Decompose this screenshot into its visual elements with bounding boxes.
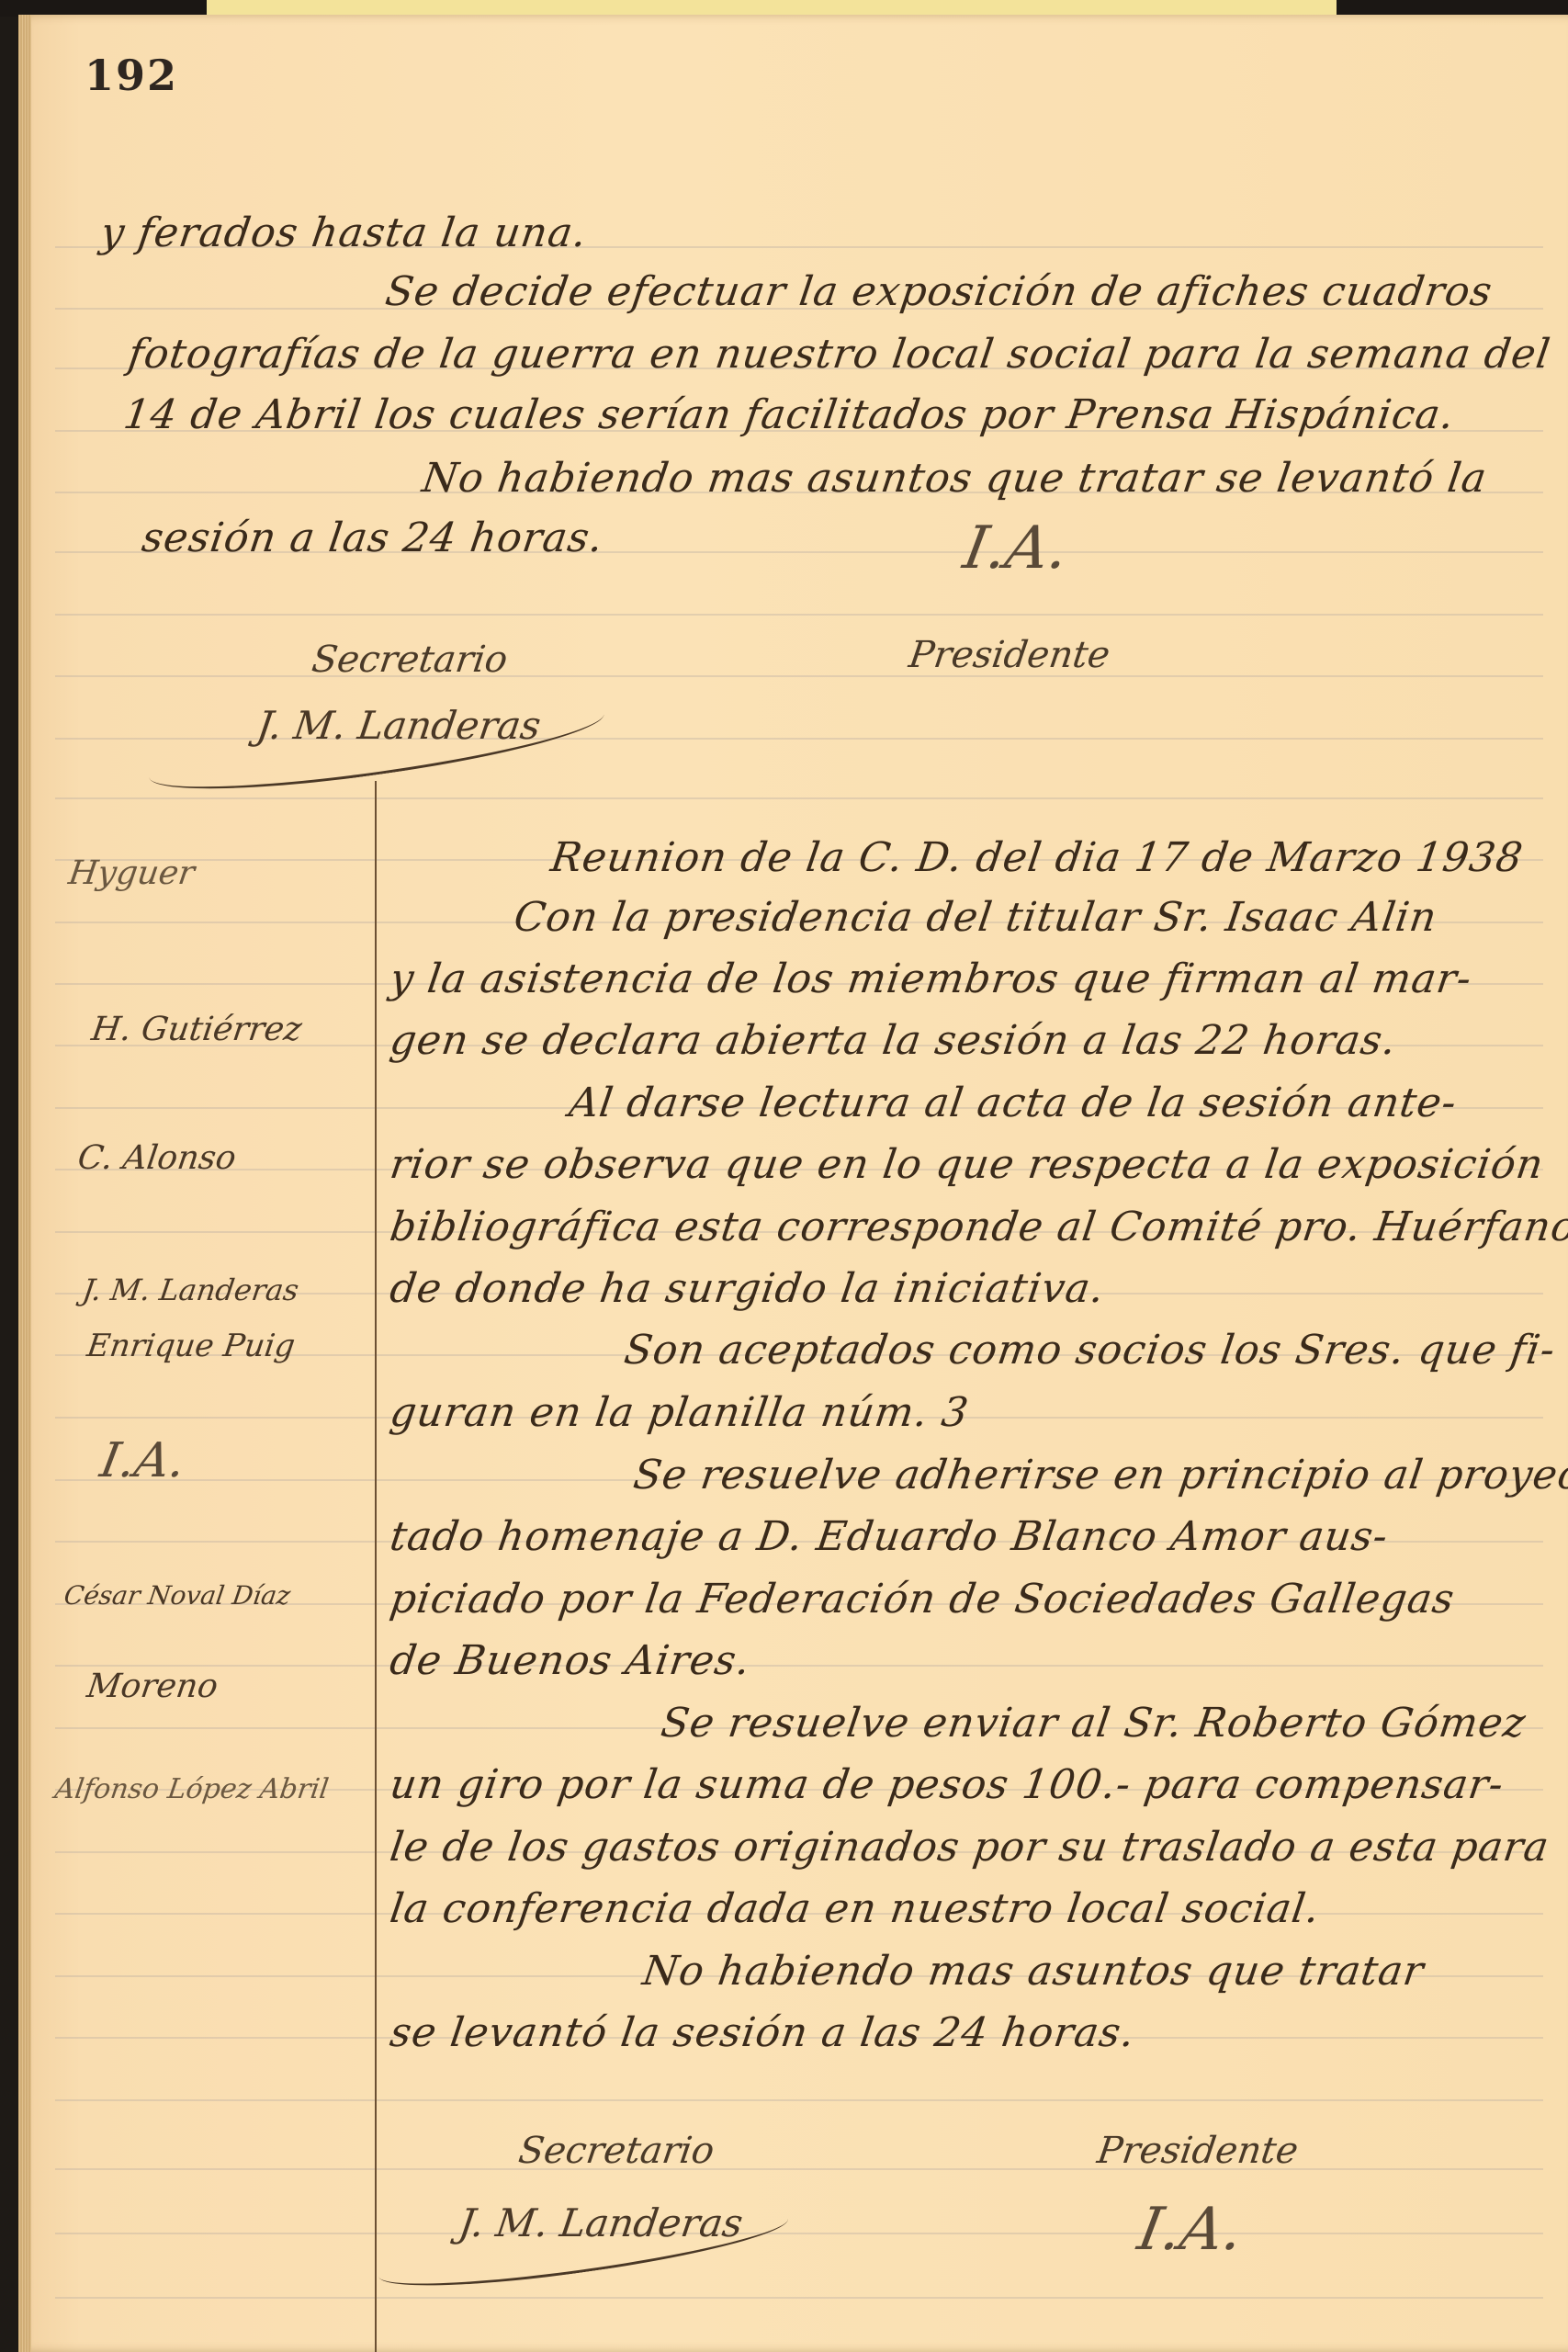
ruled-line xyxy=(55,2168,1543,2170)
minutes-line: un giro por la suma de pesos 100.- para … xyxy=(387,1761,1506,1808)
margin-signature: J. M. Landeras xyxy=(80,1272,300,1307)
ruled-line xyxy=(55,614,1543,616)
minutes-line: Son aceptados como socios los Sres. que … xyxy=(621,1327,1558,1374)
margin-signature: C. Alonso xyxy=(75,1139,238,1177)
minutes-line: Se resuelve enviar al Sr. Roberto Gómez xyxy=(658,1700,1529,1747)
minutes-line: Con la presidencia del titular Sr. Isaac… xyxy=(511,894,1439,941)
minutes-line: le de los gastos originados por su trasl… xyxy=(387,1824,1551,1871)
minutes-line: de Buenos Aires. xyxy=(387,1637,753,1684)
minutes-line: piciado por la Federación de Sociedades … xyxy=(387,1576,1457,1623)
minutes-line: y la asistencia de los miembros que firm… xyxy=(387,955,1474,1002)
minutes-line: No habiendo mas asuntos que tratar se le… xyxy=(419,455,1490,502)
margin-signature: Alfonso López Abril xyxy=(53,1773,331,1805)
ruled-line xyxy=(55,675,1543,677)
minutes-line: guran en la planilla núm. 3 xyxy=(387,1389,972,1436)
minutes-line: 14 de Abril los cuales serían facilitado… xyxy=(120,391,1457,438)
ruled-line xyxy=(55,2297,1543,2299)
ruled-line xyxy=(55,1665,1543,1667)
margin-signature: Hyguer xyxy=(66,854,197,892)
president-label: Presidente xyxy=(907,634,1112,676)
minutes-line: se levantó la sesión a las 24 horas. xyxy=(387,2009,1138,2056)
ruled-line xyxy=(55,2233,1543,2234)
president-initials-signature: I.A. xyxy=(958,514,1073,582)
president-initials-signature: I.A. xyxy=(1133,2196,1247,2264)
minutes-line: tado homenaje a D. Eduardo Blanco Amor a… xyxy=(387,1513,1391,1560)
margin-signature: César Noval Díaz xyxy=(62,1580,293,1611)
minutes-line: sesión a las 24 horas. xyxy=(139,514,606,561)
minutes-line: Se resuelve adherirse en principio al pr… xyxy=(630,1452,1568,1498)
minutes-line: Al darse lectura al acta de la sesión an… xyxy=(566,1080,1460,1126)
minutes-line: rior se observa que en lo que respecta a… xyxy=(387,1141,1546,1188)
minutes-line: gen se declara abierta la sesión a las 2… xyxy=(387,1017,1399,1064)
ruled-line xyxy=(55,2099,1543,2101)
page-edge xyxy=(18,15,31,2352)
secretary-label: Secretario xyxy=(516,2130,717,2172)
page-number: 192 xyxy=(85,51,178,100)
minutes-line: fotografías de la guerra en nuestro loca… xyxy=(125,331,1553,378)
margin-signature: Moreno xyxy=(85,1668,220,1705)
minutes-line: de donde ha surgido la iniciativa. xyxy=(387,1265,1107,1312)
president-label: Presidente xyxy=(1095,2130,1301,2172)
margin-rule xyxy=(375,781,377,2352)
minutes-heading: Reunion de la C. D. del dia 17 de Marzo … xyxy=(547,834,1526,881)
margin-signature: H. Gutiérrez xyxy=(89,1011,304,1048)
minutes-line: Se decide efectuar la exposición de afic… xyxy=(382,268,1495,315)
minutes-line: la conferencia dada en nuestro local soc… xyxy=(387,1885,1323,1932)
margin-signature: Enrique Puig xyxy=(85,1328,297,1364)
minutes-line: bibliográfica esta corresponde al Comité… xyxy=(387,1204,1568,1250)
secretary-label: Secretario xyxy=(310,639,511,681)
margin-initials-signature: I.A. xyxy=(96,1433,190,1488)
minutes-line: y ferados hasta la una. xyxy=(97,209,590,256)
ruled-line xyxy=(55,797,1543,799)
minutes-line: No habiendo mas asuntos que tratar xyxy=(639,1948,1427,1995)
